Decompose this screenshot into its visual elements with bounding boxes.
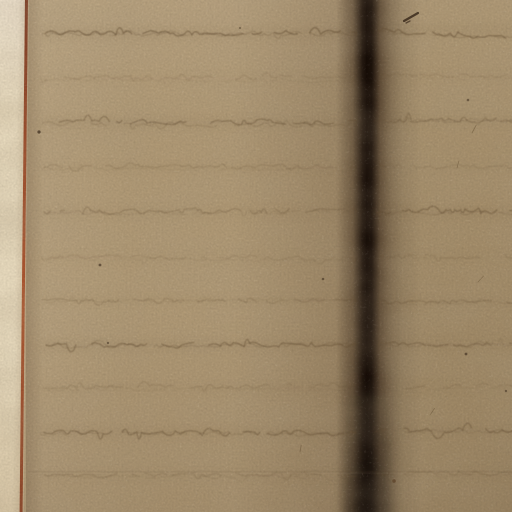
handwriting-overlay [0, 0, 512, 512]
paper-grain-light [0, 0, 512, 512]
manuscript-photo [0, 0, 512, 512]
